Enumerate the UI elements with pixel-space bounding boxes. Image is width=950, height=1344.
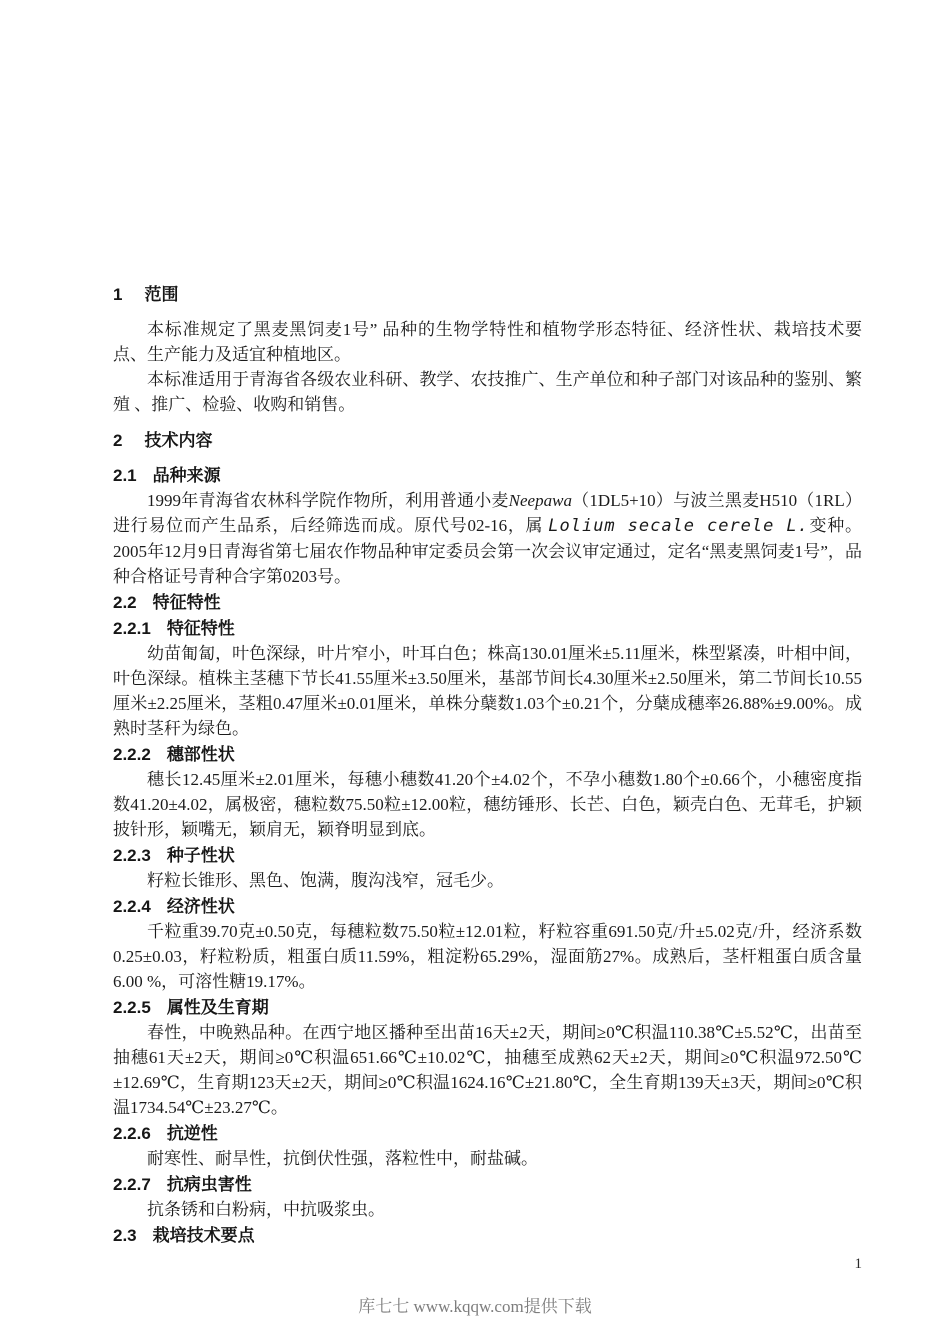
heading-title: 穗部性状: [167, 745, 235, 764]
latin-species-name: Lolium secale cerele L.: [548, 516, 809, 536]
heading-number: 2.2.7: [113, 1172, 151, 1197]
heading-title: 品种来源: [153, 466, 221, 485]
heading-number: 2.2.6: [113, 1121, 151, 1146]
section-heading-2-2-2-spike-traits: 2.2.2穗部性状: [113, 742, 862, 767]
heading-number: 2.2.4: [113, 894, 151, 919]
heading-title: 抗病虫害性: [167, 1175, 252, 1194]
heading-number: 2.2.3: [113, 843, 151, 868]
section-heading-2-2-5-growth-period: 2.2.5属性及生育期: [113, 995, 862, 1020]
heading-number: 2.2.2: [113, 742, 151, 767]
latin-name-neepawa: Neepawa: [509, 491, 572, 510]
heading-title: 特征特性: [153, 593, 221, 612]
heading-title: 栽培技术要点: [153, 1226, 255, 1245]
heading-number: 2.3: [113, 1223, 137, 1248]
section-heading-1-scope: 1范围: [113, 282, 862, 307]
watermark-download-source: 库七七 www.kqqw.com提供下载: [0, 1296, 950, 1318]
heading-number: 2.2: [113, 590, 137, 615]
text-run: 1999年青海省农林科学院作物所，利用普通小麦: [147, 491, 509, 510]
paragraph-plant-characteristics: 幼苗匍匐，叶色深绿，叶片窄小，叶耳白色；株高130.01厘米±5.11厘米，株型…: [113, 641, 862, 741]
heading-title: 范围: [144, 285, 178, 304]
section-heading-2-2-3-seed-traits: 2.2.3种子性状: [113, 843, 862, 868]
heading-number: 2.2.1: [113, 616, 151, 641]
section-heading-2-2-1-characteristics: 2.2.1特征特性: [113, 616, 862, 641]
page-number: 1: [855, 1254, 863, 1274]
heading-number: 2.1: [113, 463, 137, 488]
document-body: 1范围 本标准规定了黑麦黑饲麦1号” 品种的生物学特性和植物学形态特征、经济性状…: [113, 271, 862, 1248]
section-heading-2-technical-content: 2技术内容: [113, 428, 862, 453]
section-heading-2-2-4-economic-traits: 2.2.4经济性状: [113, 894, 862, 919]
paragraph-scope-2: 本标准适用于青海省各级农业科研、教学、农技推广、生产单位和种子部门对该品种的鉴别…: [113, 367, 862, 417]
heading-title: 技术内容: [144, 431, 212, 450]
paragraph-stress-resistance: 耐寒性、耐旱性，抗倒伏性强，落粒性中，耐盐碱。: [113, 1146, 862, 1171]
section-heading-2-2-7-pest-resistance: 2.2.7抗病虫害性: [113, 1172, 862, 1197]
paragraph-economic-traits: 千粒重39.70克±0.50克，每穗粒数75.50粒±12.01粒，籽粒容重69…: [113, 919, 862, 994]
section-heading-2-2-characteristics: 2.2特征特性: [113, 590, 862, 615]
heading-number: 1: [113, 282, 122, 307]
heading-number: 2.2.5: [113, 995, 151, 1020]
heading-title: 特征特性: [167, 619, 235, 638]
heading-number: 2: [113, 428, 122, 453]
section-heading-2-1-variety-origin: 2.1品种来源: [113, 463, 862, 488]
paragraph-variety-origin: 1999年青海省农林科学院作物所，利用普通小麦Neepawa（1DL5+10）与…: [113, 488, 862, 589]
paragraph-pest-resistance: 抗条锈和白粉病，中抗吸浆虫。: [113, 1197, 862, 1222]
paragraph-scope-1: 本标准规定了黑麦黑饲麦1号” 品种的生物学特性和植物学形态特征、经济性状、栽培技…: [113, 317, 862, 367]
heading-title: 经济性状: [167, 897, 235, 916]
heading-title: 种子性状: [167, 846, 235, 865]
section-heading-2-3-cultivation-techniques: 2.3栽培技术要点: [113, 1223, 862, 1248]
section-heading-2-2-6-stress-resistance: 2.2.6抗逆性: [113, 1121, 862, 1146]
paragraph-growth-period: 春性，中晚熟品种。在西宁地区播种至出苗16天±2天，期间≥0℃积温110.38℃…: [113, 1020, 862, 1120]
paragraph-spike-traits: 穗长12.45厘米±2.01厘米，每穗小穗数41.20个±4.02个，不孕小穗数…: [113, 767, 862, 842]
paragraph-seed-traits: 籽粒长锥形、黑色、饱满，腹沟浅窄，冠毛少。: [113, 868, 862, 893]
heading-title: 属性及生育期: [167, 998, 269, 1017]
document-page: 1范围 本标准规定了黑麦黑饲麦1号” 品种的生物学特性和植物学形态特征、经济性状…: [0, 0, 950, 1344]
heading-title: 抗逆性: [167, 1124, 218, 1143]
